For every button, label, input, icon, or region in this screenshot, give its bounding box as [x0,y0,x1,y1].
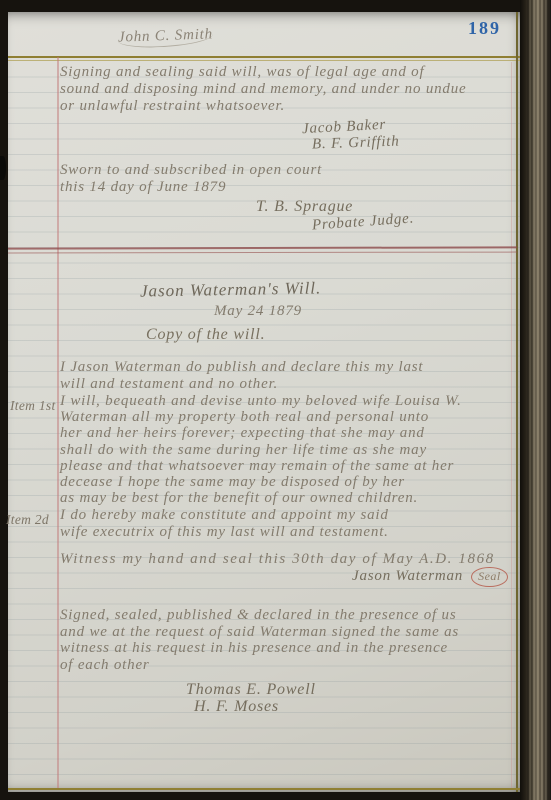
attestation-line: witness at his request in his presence a… [60,640,459,657]
left-margin-rule [57,57,59,788]
attestation-line: of each other [60,657,459,674]
judge-signature: T. B. Sprague [256,198,353,215]
witness-signature-2: B. F. Griffith [312,133,400,153]
testator-name: Jason Waterman [352,568,463,584]
testimonium-line: Witness my hand and seal this 30th day o… [60,551,495,568]
attesting-witness-signature-2: H. F. Moses [194,698,279,715]
jurat-line: this 14 day of June 1879 [60,179,322,196]
attestation-line: Signed, sealed, published & declared in … [60,607,459,624]
attesting-witness-signature-1: Thomas E. Powell [186,681,316,698]
ink-blot [0,156,6,180]
will-opening-paragraph: I Jason Waterman do publish and declare … [60,359,423,392]
will-opening-line: I Jason Waterman do publish and declare … [60,359,423,376]
margin-note-item1: Item 1st [10,397,56,414]
bottom-border-line [8,788,520,790]
jurat-line: Sworn to and subscribed in open court [60,162,322,179]
margin-note-item2: Item 2d [6,511,49,528]
book-edge-texture [527,0,549,800]
will-item2-paragraph: I do hereby make constitute and appoint … [60,507,389,540]
will-item1-line: decease I hope the same may be disposed … [60,474,462,490]
will-item1-line: shall do with the same during her life t… [60,442,462,458]
seal-annotation: Seal [471,567,508,587]
header-rule-line-thin [8,60,520,61]
record-book-page-scan: 189 John C. Smith Signing and sealing sa… [0,0,551,800]
attestation-paragraph: Signed, sealed, published & declared in … [60,607,459,673]
right-margin-rule [511,62,512,788]
will-item1-line: please and that whatsoever may remain of… [60,458,462,474]
will-item1-line: I will, bequeath and devise unto my belo… [60,393,462,409]
probate-body-line: Signing and sealing said will, was of le… [60,64,467,81]
attestation-line: and we at the request of said Waterman s… [60,624,459,641]
probate-body-line: or unlawful restraint whatsoever. [60,98,467,115]
will-item1-paragraph: I will, bequeath and devise unto my belo… [60,393,462,506]
jurat-paragraph: Sworn to and subscribed in open court th… [60,162,322,196]
probate-body-paragraph: Signing and sealing said will, was of le… [60,64,467,115]
will-item1-line: her and her heirs forever; expecting tha… [60,425,462,441]
right-border-line [516,12,518,792]
will-item1-line: Waterman all my property both real and p… [60,409,462,425]
will-opening-line: will and testament and no other. [60,376,423,393]
will-item1-line: as may be best for the benefit of our ow… [60,490,462,506]
probate-body-line: sound and disposing mind and memory, and… [60,81,467,98]
will-item2-line: wife executrix of this my last will and … [60,524,389,541]
header-rule-line [8,56,520,58]
page-number: 189 [468,20,501,37]
will-title: Jason Waterman's Will. [140,279,322,299]
testator-signature: Jason WatermanSeal [352,567,508,587]
will-item2-line: I do hereby make constitute and appoint … [60,507,389,524]
will-subtitle: Copy of the will. [146,326,265,343]
will-date: May 24 1879 [214,303,302,320]
